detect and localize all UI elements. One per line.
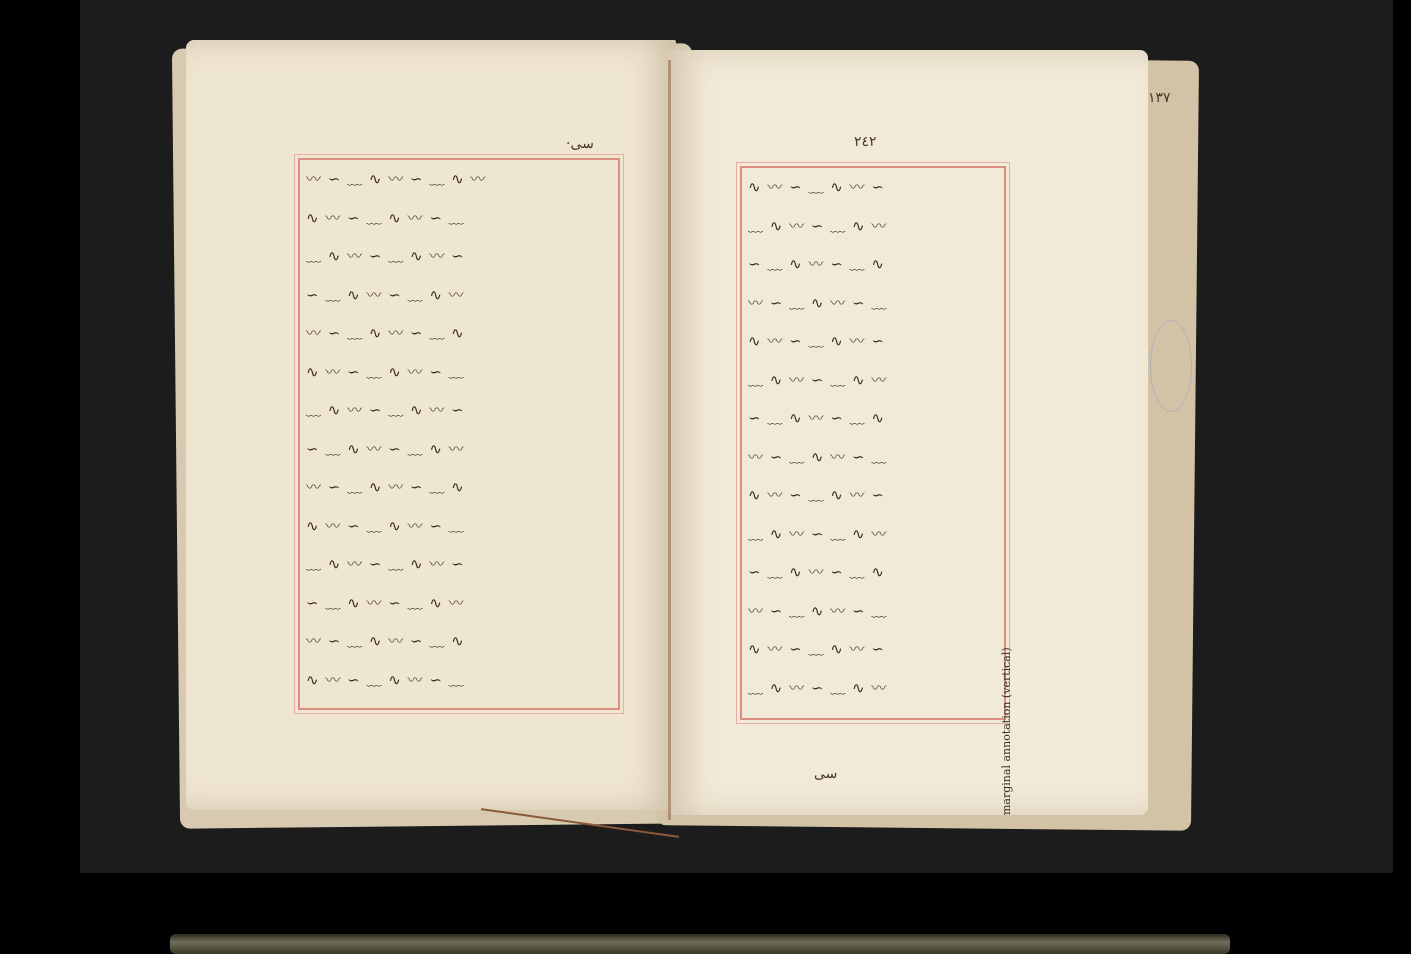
text-line: ∿ 〰 ∽ ﹏ ∿ 〰 ∽ ﹏ xyxy=(300,353,618,392)
text-line: 〰 ∽ ﹏ ∿ 〰 ∽ ﹏ xyxy=(742,284,1004,323)
text-line: 〰 ∽ ﹏ ∿ 〰 ∽ ﹏ xyxy=(742,438,1004,477)
text-line: ∽ ﹏ ∿ 〰 ∽ ﹏ ∿ xyxy=(742,399,1004,438)
text-line: ﹏ ∿ 〰 ∽ ﹏ ∿ 〰 xyxy=(742,207,1004,246)
folio-number: ٢٤٢ xyxy=(854,134,877,150)
left-catchword: ·سی xyxy=(566,136,594,152)
text-line: ∿ 〰 ∽ ﹏ ∿ 〰 ∽ xyxy=(742,630,1004,669)
text-line: ﹏ ∿ 〰 ∽ ﹏ ∿ 〰 xyxy=(742,515,1004,554)
text-line: ∽ ﹏ ∿ 〰 ∽ ﹏ ∿ 〰 xyxy=(300,584,618,623)
text-line: ∿ 〰 ∽ ﹏ ∿ 〰 ∽ xyxy=(742,168,1004,207)
left-text-frame: 〰 ∽ ﹏ ∿ 〰 ∽ ﹏ ∿ 〰 ∿ 〰 ∽ ﹏ ∿ 〰 ∽ ﹏ ﹏ ∿ 〰 … xyxy=(298,158,620,710)
text-line: ﹏ ∿ 〰 ∽ ﹏ ∿ 〰 ∽ xyxy=(300,391,618,430)
margin-annotation: marginal annotation (vertical) xyxy=(1000,600,1085,815)
bottom-catchword: سی xyxy=(814,766,837,782)
library-stamp xyxy=(1150,320,1192,412)
text-line: ∽ ﹏ ∿ 〰 ∽ ﹏ ∿ 〰 xyxy=(300,430,618,469)
text-line: ∿ 〰 ∽ ﹏ ∿ 〰 ∽ xyxy=(742,476,1004,515)
text-line: ∽ ﹏ ∿ 〰 ∽ ﹏ ∿ 〰 xyxy=(300,276,618,315)
edge-number: ١٣٧ xyxy=(1148,90,1171,106)
left-page: ·سی 〰 ∽ ﹏ ∿ 〰 ∽ ﹏ ∿ 〰 ∿ 〰 ∽ ﹏ ∿ 〰 ∽ ﹏ ﹏ … xyxy=(186,40,676,810)
text-line: ∿ 〰 ∽ ﹏ ∿ 〰 ∽ ﹏ xyxy=(300,661,618,700)
text-line: ∿ 〰 ∽ ﹏ ∿ 〰 ∽ ﹏ xyxy=(300,199,618,238)
right-text-frame: ∿ 〰 ∽ ﹏ ∿ 〰 ∽ ﹏ ∿ 〰 ∽ ﹏ ∿ 〰 ∽ ﹏ ∿ 〰 ∽ ﹏ … xyxy=(740,166,1006,720)
text-line: ﹏ ∿ 〰 ∽ ﹏ ∿ 〰 xyxy=(742,669,1004,708)
text-line: 〰 ∽ ﹏ ∿ 〰 ∽ ﹏ xyxy=(742,592,1004,631)
text-line: ∿ 〰 ∽ ﹏ ∿ 〰 ∽ xyxy=(742,322,1004,361)
binding-thread xyxy=(668,60,671,820)
text-line: ﹏ ∿ 〰 ∽ ﹏ ∿ 〰 ∽ xyxy=(300,545,618,584)
text-line: 〰 ∽ ﹏ ∿ 〰 ∽ ﹏ ∿ xyxy=(300,622,618,661)
light-table-edge xyxy=(170,934,1230,954)
text-line: ﹏ ∿ 〰 ∽ ﹏ ∿ 〰 ∽ xyxy=(300,237,618,276)
text-line: 〰 ∽ ﹏ ∿ 〰 ∽ ﹏ ∿ xyxy=(300,468,618,507)
text-line: ﹏ ∿ 〰 ∽ ﹏ ∿ 〰 xyxy=(742,361,1004,400)
text-line: ∽ ﹏ ∿ 〰 ∽ ﹏ ∿ xyxy=(742,553,1004,592)
text-line: 〰 ∽ ﹏ ∿ 〰 ∽ ﹏ ∿ 〰 xyxy=(300,160,618,199)
text-line: ∿ 〰 ∽ ﹏ ∿ 〰 ∽ ﹏ xyxy=(300,507,618,546)
text-line: 〰 ∽ ﹏ ∿ 〰 ∽ ﹏ ∿ xyxy=(300,314,618,353)
text-line: ∽ ﹏ ∿ 〰 ∽ ﹏ ∿ xyxy=(742,245,1004,284)
